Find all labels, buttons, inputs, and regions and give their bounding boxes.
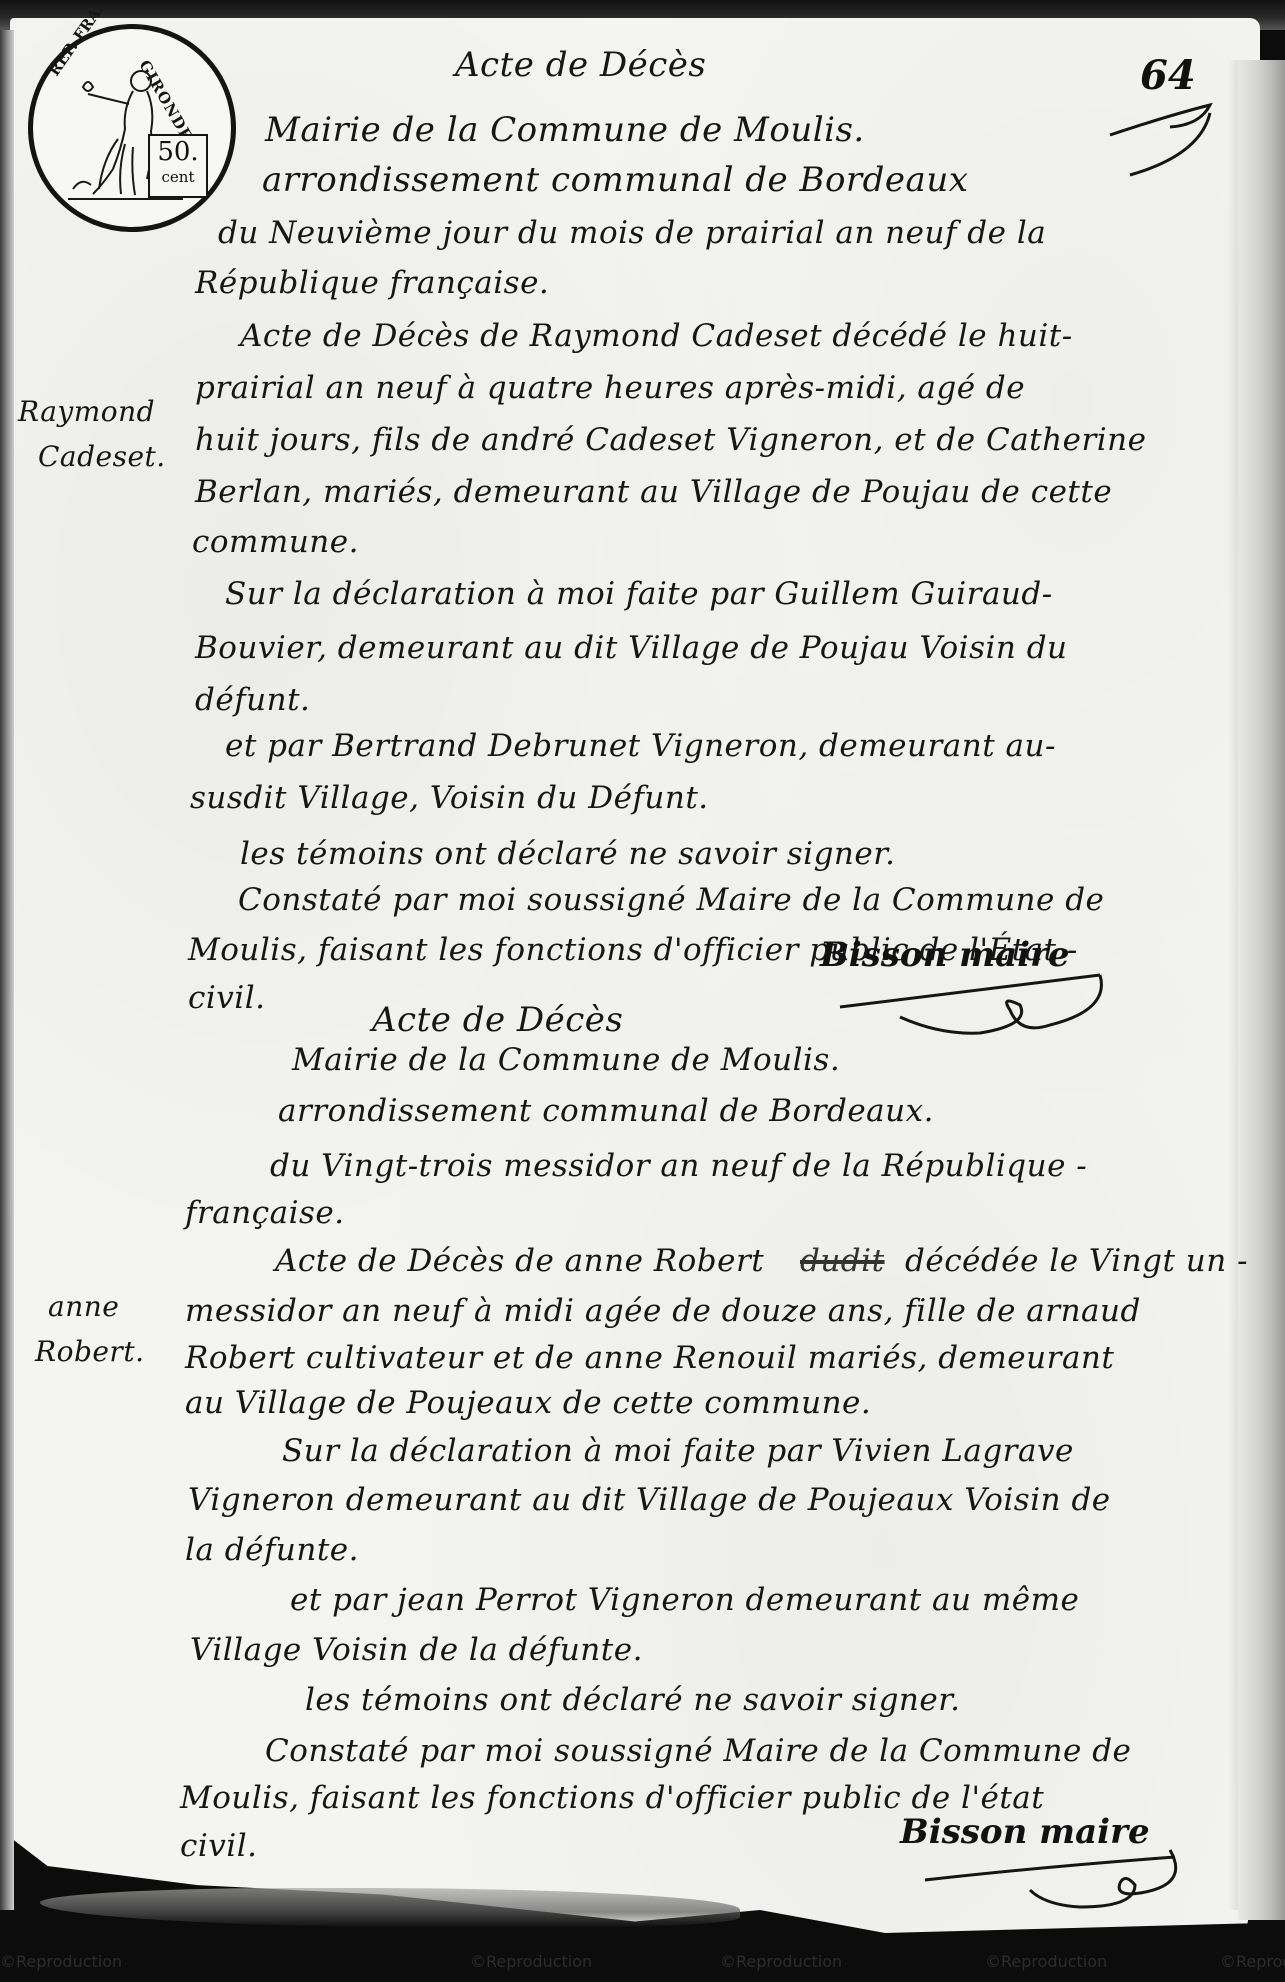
reproduction-watermark: ©Reproduction <box>985 1952 1107 1971</box>
act-line: Moulis, faisant les fonctions d'officier… <box>180 1780 1044 1816</box>
act-line: Sur la déclaration à moi faite par Vivie… <box>282 1433 1074 1469</box>
act-line: susdit Village, Voisin du Défunt. <box>190 780 709 816</box>
reproduction-watermark: ©Reproduction <box>470 1952 592 1971</box>
act-line: arrondissement communal de Bordeaux. <box>278 1093 934 1129</box>
act-line: République française. <box>195 265 549 301</box>
act-line: Acte de Décès de anne Robert <box>275 1243 764 1279</box>
signature-flourish-icon <box>830 965 1120 1055</box>
act-line: Berlan, mariés, demeurant au Village de … <box>195 474 1112 510</box>
stamp-unit: cent <box>150 168 206 186</box>
act-line: messidor an neuf à midi agée de douze an… <box>185 1293 1141 1329</box>
act-line: commune. <box>192 524 359 560</box>
act-line: arrondissement communal de Bordeaux <box>262 160 968 200</box>
margin-note-name: Raymond <box>18 395 155 428</box>
act-line: les témoins ont déclaré ne savoir signer… <box>305 1682 961 1718</box>
reproduction-watermark: ©Reproduction <box>720 1952 842 1971</box>
act-line: huit jours, fils de andré Cadeset Vigner… <box>195 422 1147 458</box>
page-edge-stack <box>1238 60 1285 1920</box>
act-line: Village Voisin de la défunte. <box>190 1632 643 1668</box>
act-line: Acte de Décès de Raymond Cadeset décédé … <box>240 318 1073 354</box>
reproduction-watermark: ©Reproduction <box>1220 1952 1285 1971</box>
act-line: civil. <box>188 980 265 1016</box>
margin-note-surname: Robert. <box>35 1335 144 1368</box>
act-line: du Neuvième jour du mois de prairial an … <box>218 215 1046 251</box>
act-line: Mairie de la Commune de Moulis. <box>265 110 865 150</box>
struck-out-word: dudit <box>800 1243 885 1279</box>
act-line: et par jean Perrot Vigneron demeurant au… <box>290 1582 1079 1618</box>
torn-bottom-edge <box>40 1888 740 1928</box>
act-line: Bouvier, demeurant au dit Village de Pou… <box>195 630 1068 666</box>
act-line: au Village de Poujeaux de cette commune. <box>185 1385 871 1421</box>
act-line: prairial an neuf à quatre heures après-m… <box>195 370 1025 406</box>
margin-note-surname: Cadeset. <box>38 440 166 473</box>
act-heading: Acte de Décès <box>372 1000 623 1040</box>
act-line: civil. <box>180 1828 257 1864</box>
revenue-stamp: REP. FRA. GIRONDE. 50. cent <box>28 24 236 232</box>
act-line: et par Bertrand Debrunet Vigneron, demeu… <box>225 728 1056 764</box>
reproduction-watermark: ©Reproduction <box>0 1952 122 1971</box>
act-line: Mairie de la Commune de Moulis. <box>292 1042 840 1078</box>
act-line: Constaté par moi soussigné Maire de la C… <box>265 1733 1131 1769</box>
act-line: du Vingt-trois messidor an neuf de la Ré… <box>270 1148 1087 1184</box>
folio-flourish-icon <box>1090 95 1250 185</box>
act-line: Constaté par moi soussigné Maire de la C… <box>238 882 1104 918</box>
binding-gutter <box>0 30 14 1910</box>
stamp-value: 50. <box>150 136 206 168</box>
act-line: décédée le Vingt un - <box>905 1243 1248 1279</box>
act-line: Vigneron demeurant au dit Village de Pou… <box>188 1482 1111 1518</box>
page-fold <box>1228 60 1238 1910</box>
act-line: défunt. <box>195 682 310 718</box>
act-line: Robert cultivateur et de anne Renouil ma… <box>185 1340 1114 1376</box>
act-line: Sur la déclaration à moi faite par Guill… <box>225 576 1053 612</box>
margin-note-name: anne <box>48 1290 119 1323</box>
signature-flourish-icon <box>920 1845 1210 1920</box>
act-line: la défunte. <box>185 1532 359 1568</box>
stamp-denomination: 50. cent <box>148 134 208 198</box>
act-heading: Acte de Décès <box>455 45 706 85</box>
act-line: française. <box>185 1195 345 1231</box>
folio-number: 64 <box>1140 52 1196 99</box>
act-line: les témoins ont déclaré ne savoir signer… <box>240 836 896 872</box>
